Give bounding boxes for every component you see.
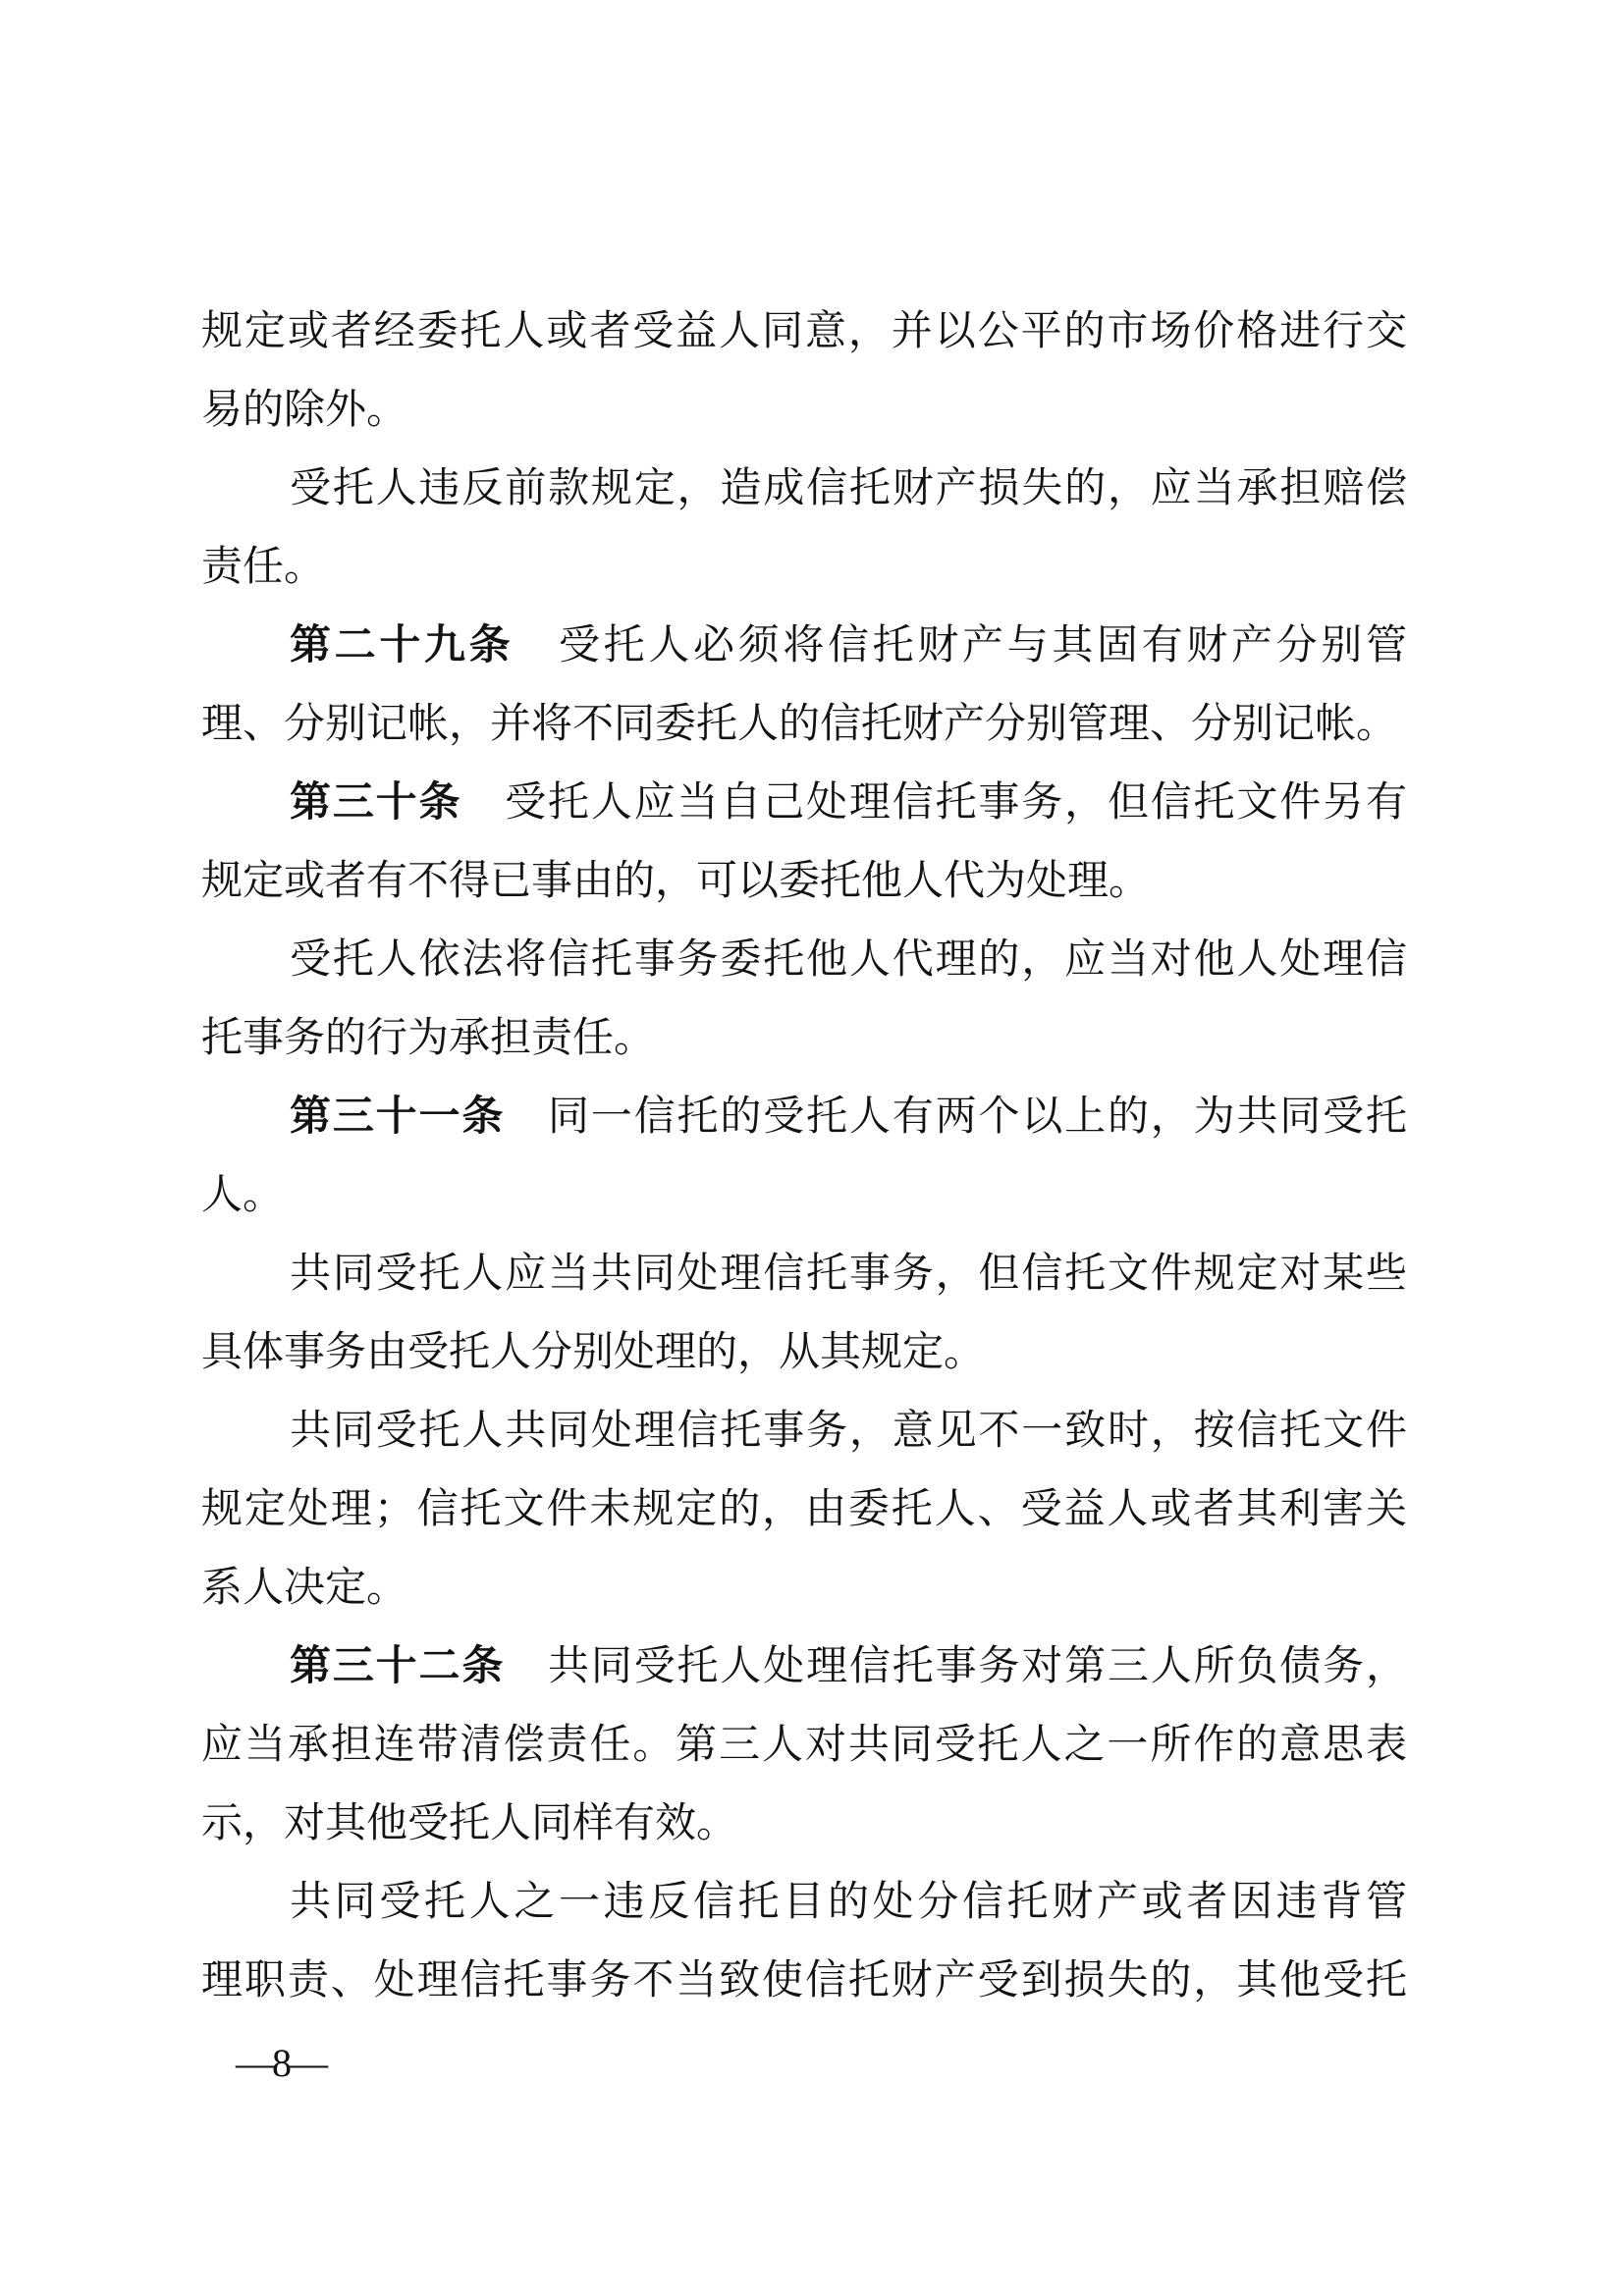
text-run: 系人决定。 bbox=[201, 1566, 407, 1611]
article-number: 第三十一条 bbox=[290, 1095, 505, 1140]
text-line: 规定处理；信托文件未规定的，由委托人、受益人或者其利害关 bbox=[201, 1470, 1407, 1549]
article-number: 第三十二条 bbox=[290, 1644, 505, 1689]
text-line: 理职责、处理信托事务不当致使信托财产受到损失的，其他受托 bbox=[201, 1942, 1407, 2020]
document-page: 规定或者经委托人或者受益人同意，并以公平的市场价格进行交易的除外。受托人违反前款… bbox=[0, 0, 1624, 2296]
text-run: 责任。 bbox=[201, 545, 325, 590]
page-footer: —8— bbox=[236, 2040, 325, 2087]
text-line: 第三十一条 同一信托的受托人有两个以上的，为共同受托 bbox=[201, 1078, 1407, 1156]
text-line: 理、分别记帐，并将不同委托人的信托财产分别管理、分别记帐。 bbox=[201, 685, 1407, 764]
text-line: 托事务的行为承担责任。 bbox=[201, 999, 1407, 1078]
text-run: 应当承担连带清偿责任。第三人对共同受托人之一所作的意思表 bbox=[201, 1723, 1407, 1768]
text-line: 规定或者有不得已事由的，可以委托他人代为处理。 bbox=[201, 842, 1407, 921]
text-run: 同一信托的受托人有两个以上的，为共同受托 bbox=[505, 1095, 1407, 1140]
page-number: —8— bbox=[236, 2041, 325, 2085]
text-line: 第三十二条 共同受托人处理信托事务对第三人所负债务， bbox=[201, 1628, 1407, 1706]
text-line: 系人决定。 bbox=[201, 1549, 1407, 1628]
text-line: 人。 bbox=[201, 1156, 1407, 1235]
text-line: 受托人依法将信托事务委托他人代理的，应当对他人处理信 bbox=[201, 921, 1407, 999]
text-run: 规定或者经委托人或者受益人同意，并以公平的市场价格进行交 bbox=[201, 309, 1407, 354]
text-run: 规定处理；信托文件未规定的，由委托人、受益人或者其利害关 bbox=[201, 1487, 1407, 1532]
text-run: 示，对其他受托人同样有效。 bbox=[201, 1801, 737, 1846]
text-run: 具体事务由受托人分别处理的，从其规定。 bbox=[201, 1330, 985, 1375]
text-line: 第二十九条 受托人必须将信托财产与其固有财产分别管 bbox=[201, 607, 1407, 685]
text-run: 共同受托人应当共同处理信托事务，但信托文件规定对某些 bbox=[290, 1252, 1407, 1297]
article-number: 第二十九条 bbox=[290, 623, 514, 668]
page-body-text: 规定或者经委托人或者受益人同意，并以公平的市场价格进行交易的除外。受托人违反前款… bbox=[201, 293, 1407, 2020]
text-run: 托事务的行为承担责任。 bbox=[201, 1016, 655, 1061]
text-line: 规定或者经委托人或者受益人同意，并以公平的市场价格进行交 bbox=[201, 293, 1407, 371]
article-number: 第三十条 bbox=[290, 780, 461, 826]
text-line: 示，对其他受托人同样有效。 bbox=[201, 1785, 1407, 1863]
text-line: 第三十条 受托人应当自己处理信托事务，但信托文件另有 bbox=[201, 764, 1407, 842]
text-line: 应当承担连带清偿责任。第三人对共同受托人之一所作的意思表 bbox=[201, 1706, 1407, 1785]
text-run: 受托人应当自己处理信托事务，但信托文件另有 bbox=[461, 780, 1407, 826]
text-run: 受托人依法将信托事务委托他人代理的，应当对他人处理信 bbox=[290, 937, 1407, 983]
text-line: 共同受托人应当共同处理信托事务，但信托文件规定对某些 bbox=[201, 1235, 1407, 1313]
text-run: 理职责、处理信托事务不当致使信托财产受到损失的，其他受托 bbox=[201, 1958, 1407, 2003]
text-run: 人。 bbox=[201, 1173, 284, 1218]
text-run: 受托人必须将信托财产与其固有财产分别管 bbox=[514, 623, 1407, 668]
text-run: 易的除外。 bbox=[201, 388, 407, 433]
text-line: 责任。 bbox=[201, 528, 1407, 607]
text-line: 受托人违反前款规定，造成信托财产损失的，应当承担赔偿 bbox=[201, 450, 1407, 528]
text-run: 共同受托人之一违反信托目的处分信托财产或者因违背管 bbox=[290, 1880, 1407, 1925]
text-line: 具体事务由受托人分别处理的，从其规定。 bbox=[201, 1313, 1407, 1392]
text-run: 理、分别记帐，并将不同委托人的信托财产分别管理、分别记帐。 bbox=[201, 702, 1397, 747]
text-run: 共同受托人处理信托事务对第三人所负债务， bbox=[505, 1644, 1407, 1689]
text-line: 共同受托人之一违反信托目的处分信托财产或者因违背管 bbox=[201, 1863, 1407, 1942]
text-line: 易的除外。 bbox=[201, 371, 1407, 450]
text-run: 受托人违反前款规定，造成信托财产损失的，应当承担赔偿 bbox=[290, 466, 1407, 511]
text-run: 规定或者有不得已事由的，可以委托他人代为处理。 bbox=[201, 859, 1150, 904]
text-run: 共同受托人共同处理信托事务，意见不一致时，按信托文件 bbox=[290, 1409, 1407, 1454]
text-line: 共同受托人共同处理信托事务，意见不一致时，按信托文件 bbox=[201, 1392, 1407, 1470]
